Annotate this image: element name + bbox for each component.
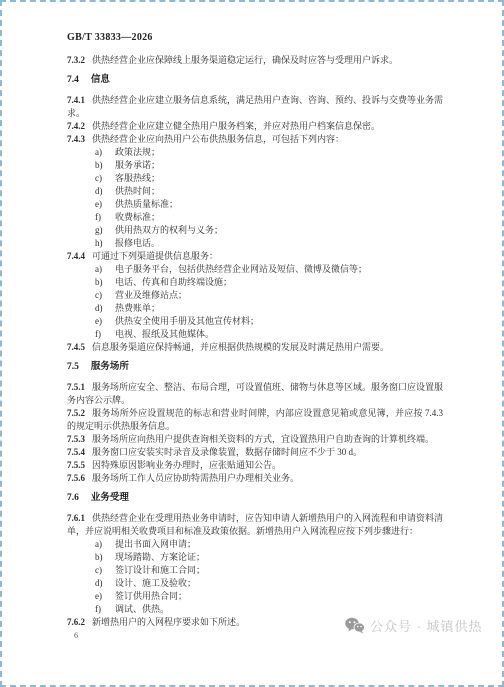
clause-number: 7.5.3 (67, 434, 85, 444)
standard-code-header: GB/T 33833—2026 (67, 31, 443, 44)
clause-7-5-5: 7.5.5因特殊原因影响业务办理时，应张贴通知公告。 (67, 459, 443, 472)
list-item-text: 供用热双方的权利与义务； (115, 225, 223, 235)
list-item-label: d) (95, 185, 115, 198)
list-item-label: b) (95, 551, 115, 564)
list-item-label: a) (95, 538, 115, 551)
clause-7-3-2: 7.3.2供热经营企业应保障线上服务渠道稳定运行，确保及时应答与受理用户诉求。 (67, 54, 443, 67)
list-item-label: e) (95, 315, 115, 328)
list-item-text: 现场踏勘、方案论证； (115, 552, 205, 562)
clause-text: 供热经营企业在受理用热业务申请时，应告知申请人新增热用户的入网流程和申请资料清单… (67, 513, 443, 536)
clause-text: 服务窗口应安装实时录音及录像装置，数据存储时间应不少于 30 d。 (92, 447, 362, 457)
clause-number: 7.5.5 (67, 460, 85, 470)
clause-number: 7.4.1 (67, 95, 85, 105)
clause-7-4-2: 7.4.2供热经营企业应建立健全热用户服务档案，并应对热用户档案信息保密。 (67, 120, 443, 133)
heading-title: 信息 (91, 75, 110, 85)
heading-7-6: 7.6业务受理 (67, 492, 443, 505)
list-item: b)服务承诺； (67, 159, 443, 172)
clause-number: 7.3.2 (67, 55, 85, 65)
list-item-text: 热费账单； (115, 303, 160, 313)
clause-number: 7.5.6 (67, 473, 85, 483)
clause-text: 服务场所工作人员应协助特需热用户办理相关业务。 (92, 473, 299, 483)
list-item-text: 收费标准； (115, 212, 160, 222)
clause-text: 服务场所应安全、整洁、布局合理，可设置值班、储物与休息等区域。服务窗口应设置服务… (67, 382, 443, 405)
clause-number: 7.4.4 (67, 251, 85, 261)
clause-7-5-1: 7.5.1服务场所应安全、整洁、布局合理，可设置值班、储物与休息等区域。服务窗口… (67, 381, 443, 407)
list-item-label: d) (95, 302, 115, 315)
list-item-label: g) (95, 224, 115, 237)
clause-text: 供热经营企业应建立健全热用户服务档案，并应对热用户档案信息保密。 (92, 121, 380, 131)
clause-number: 7.6.1 (67, 513, 85, 523)
list-item: f)调试、供热。 (67, 603, 443, 616)
clause-text: 供热经营企业应建立服务信息系统，满足热用户查询、咨询、预约、投诉与交费等业务需求… (67, 95, 443, 118)
standard-document-page: GB/T 33833—2026 7.3.2供热经营企业应保障线上服务渠道稳定运行… (0, 0, 504, 687)
list-item-label: b) (95, 159, 115, 172)
list-item-text: 电视、报纸及其他媒体。 (115, 329, 214, 339)
clause-number: 7.4.5 (67, 342, 85, 352)
list-item-text: 提出书面入网申请； (115, 539, 196, 549)
list-item-label: c) (95, 172, 115, 185)
clause-7-5-4: 7.5.4服务窗口应安装实时录音及录像装置，数据存储时间应不少于 30 d。 (67, 446, 443, 459)
list-7-4-3: a)政策法规； b)服务承诺； c)客服热线； d)供热时间； e)供热质量标准… (67, 146, 443, 250)
page-body: GB/T 33833—2026 7.3.2供热经营企业应保障线上服务渠道稳定运行… (2, 2, 502, 642)
clause-7-4-1: 7.4.1供热经营企业应建立服务信息系统，满足热用户查询、咨询、预约、投诉与交费… (67, 94, 443, 120)
list-item-label: a) (95, 146, 115, 159)
clause-text: 新增热用户的入网程序要求如下所述。 (92, 617, 245, 627)
clause-7-6-1: 7.6.1供热经营企业在受理用热业务申请时，应告知申请人新增热用户的入网流程和申… (67, 512, 443, 538)
list-item-label: f) (95, 211, 115, 224)
list-item-text: 签订供用热合同； (115, 591, 187, 601)
list-item: f)电视、报纸及其他媒体。 (67, 328, 443, 341)
list-item-label: e) (95, 198, 115, 211)
clause-7-4-3: 7.4.3供热经营企业应向热用户公布供热服务信息，可包括下列内容： (67, 133, 443, 146)
clause-text: 供热经营企业应保障线上服务渠道稳定运行，确保及时应答与受理用户诉求。 (92, 55, 398, 65)
clause-7-5-2: 7.5.2服务场所外应设置规范的标志和营业时间牌，内部应设置意见箱或意见簿，并应… (67, 407, 443, 433)
heading-number: 7.6 (67, 493, 79, 503)
list-item-label: a) (95, 263, 115, 276)
heading-title: 业务受理 (91, 493, 129, 503)
clause-7-4-5: 7.4.5信息服务渠道应保持畅通，并应根据供热规模的发展及时满足热用户需要。 (67, 341, 443, 354)
list-item: a)政策法规； (67, 146, 443, 159)
wechat-watermark: 公众号 · 城镇供热 (345, 616, 483, 635)
list-item: c)营业及维修站点； (67, 289, 443, 302)
heading-number: 7.4 (67, 75, 79, 85)
heading-number: 7.5 (67, 362, 79, 372)
list-item: e)供热安全使用手册及其他宣传材料； (67, 315, 443, 328)
clause-number: 7.5.4 (67, 447, 85, 457)
list-item-label: e) (95, 590, 115, 603)
list-item: e)供热质量标准； (67, 198, 443, 211)
clause-7-5-3: 7.5.3服务场所应向热用户提供查询相关资料的方式，宜设置热用户自助查询的计算机… (67, 433, 443, 446)
list-item-text: 客服热线； (115, 173, 160, 183)
watermark-text: 公众号 · 城镇供热 (370, 616, 483, 635)
list-7-4-4: a)电子服务平台，包括供热经营企业网站及短信、微博及微信等； b)电话、传真和自… (67, 263, 443, 341)
list-item-label: h) (95, 237, 115, 250)
list-7-6-1: a)提出书面入网申请； b)现场踏勘、方案论证； c)签订设计和施工合同； d)… (67, 538, 443, 616)
list-item: g)供用热双方的权利与义务； (67, 224, 443, 237)
clause-number: 7.5.1 (67, 382, 85, 392)
clause-text: 供热经营企业应向热用户公布供热服务信息，可包括下列内容： (92, 134, 344, 144)
list-item: d)设计、施工及验收； (67, 577, 443, 590)
list-item-text: 设计、施工及验收； (115, 578, 196, 588)
list-item-text: 服务承诺； (115, 160, 160, 170)
list-item-label: b) (95, 276, 115, 289)
list-item-label: f) (95, 603, 115, 616)
list-item-label: f) (95, 328, 115, 341)
list-item: c)客服热线； (67, 172, 443, 185)
list-item-text: 供热安全使用手册及其他宣传材料； (115, 316, 259, 326)
clause-text: 服务场所外应设置规范的标志和营业时间牌，内部应设置意见箱或意见簿，并应按 7.4… (67, 408, 443, 431)
list-item-text: 电子服务平台，包括供热经营企业网站及短信、微博及微信等； (115, 264, 367, 274)
clause-7-4-4: 7.4.4可通过下列渠道提供信息服务： (67, 250, 443, 263)
list-item: d)热费账单； (67, 302, 443, 315)
clause-text: 因特殊原因影响业务办理时，应张贴通知公告。 (92, 460, 281, 470)
list-item-text: 政策法规； (115, 147, 160, 157)
clause-text: 信息服务渠道应保持畅通，并应根据供热规模的发展及时满足热用户需要。 (92, 342, 389, 352)
list-item: a)提出书面入网申请； (67, 538, 443, 551)
list-item-text: 供热质量标准； (115, 199, 178, 209)
clause-text: 服务场所应向热用户提供查询相关资料的方式，宜设置热用户自助查询的计算机终端。 (92, 434, 434, 444)
clause-number: 7.4.3 (67, 134, 85, 144)
heading-title: 服务场所 (91, 362, 129, 372)
list-item: b)现场踏勘、方案论证； (67, 551, 443, 564)
list-item-text: 供热时间； (115, 186, 160, 196)
heading-7-5: 7.5服务场所 (67, 361, 443, 374)
list-item-label: c) (95, 289, 115, 302)
clause-number: 7.4.2 (67, 121, 85, 131)
clause-text: 可通过下列渠道提供信息服务： (92, 251, 218, 261)
clause-number: 7.5.2 (67, 408, 85, 418)
wechat-icon (345, 617, 365, 634)
list-item-text: 调试、供热。 (115, 604, 169, 614)
list-item: b)电话、传真和自助终端设施； (67, 276, 443, 289)
list-item: d)供热时间； (67, 185, 443, 198)
list-item-label: c) (95, 564, 115, 577)
list-item: e)签订供用热合同； (67, 590, 443, 603)
heading-7-4: 7.4信息 (67, 74, 443, 87)
list-item: c)签订设计和施工合同； (67, 564, 443, 577)
list-item-text: 营业及维修站点； (115, 290, 187, 300)
clause-7-5-6: 7.5.6服务场所工作人员应协助特需热用户办理相关业务。 (67, 472, 443, 485)
clause-number: 7.6.2 (67, 617, 85, 627)
list-item: h)报修电话。 (67, 237, 443, 250)
list-item-label: d) (95, 577, 115, 590)
list-item-text: 报修电话。 (115, 238, 160, 248)
list-item: a)电子服务平台，包括供热经营企业网站及短信、微博及微信等； (67, 263, 443, 276)
list-item-text: 签订设计和施工合同； (115, 565, 205, 575)
list-item-text: 电话、传真和自助终端设施； (115, 277, 232, 287)
list-item: f)收费标准； (67, 211, 443, 224)
